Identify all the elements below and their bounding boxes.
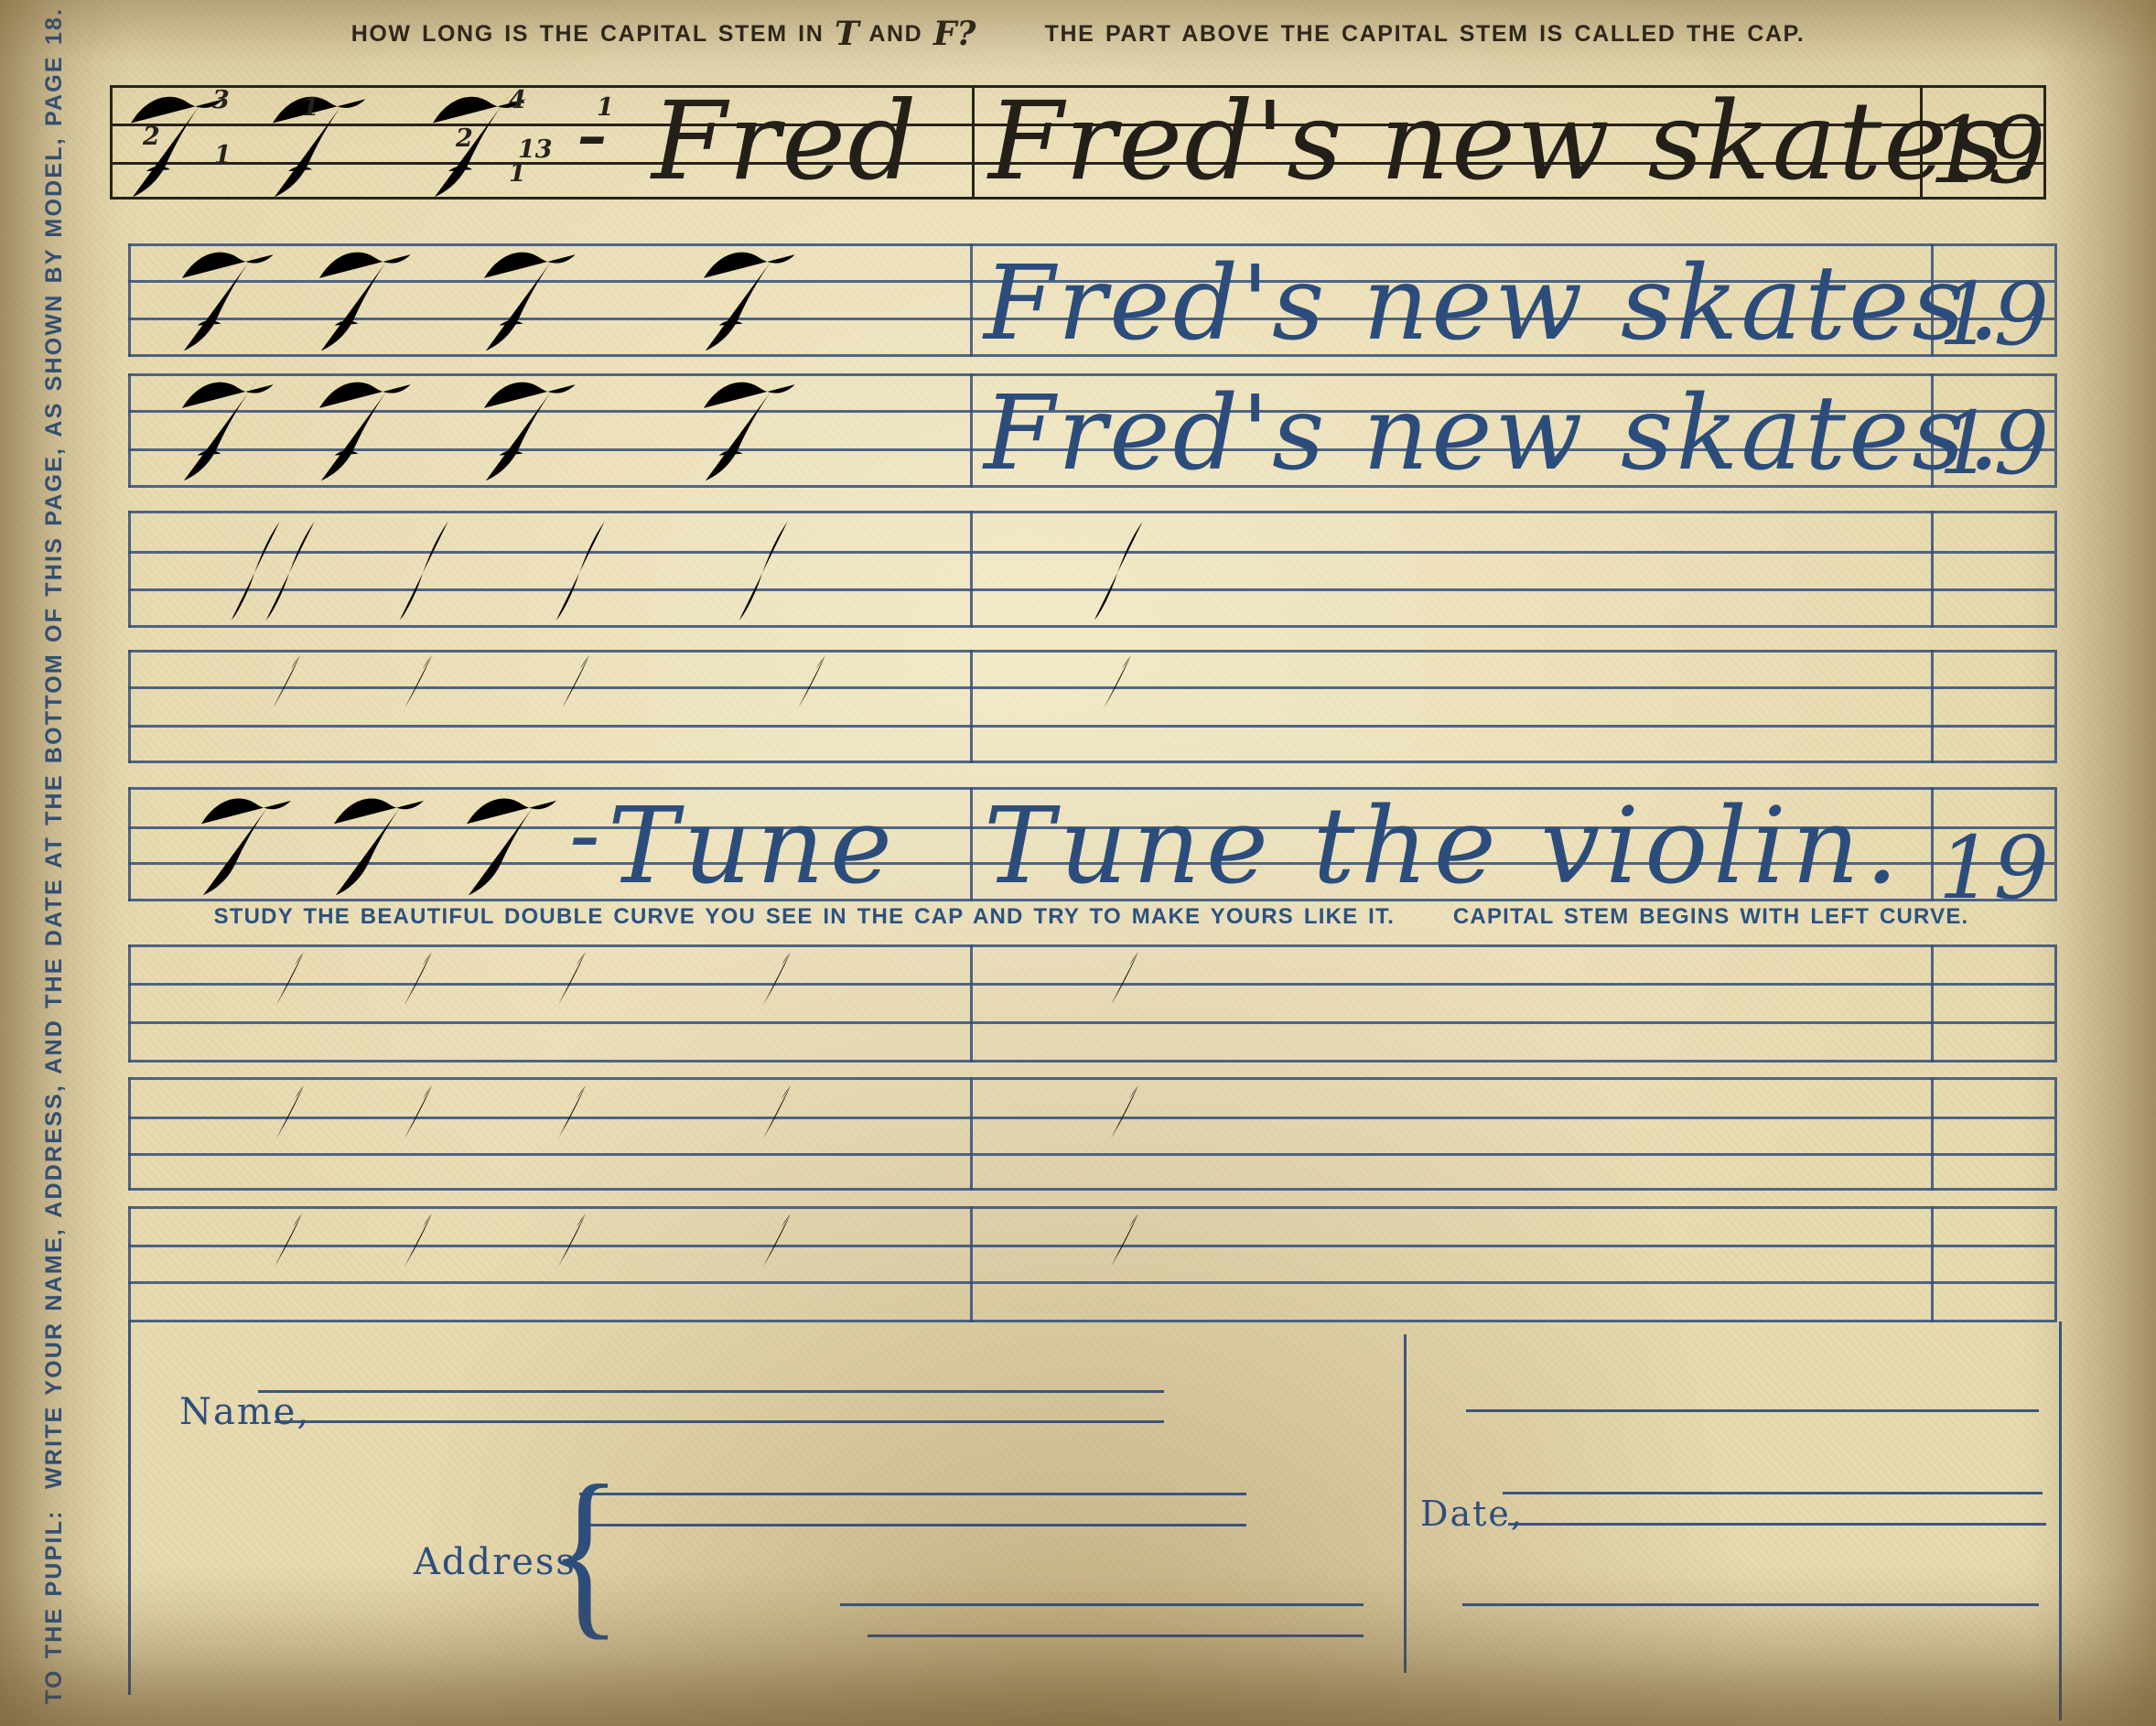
ruled-line xyxy=(128,725,2054,728)
ruled-line xyxy=(2054,1206,2057,1322)
ruled-line xyxy=(2054,511,2057,628)
question-prefix: HOW LONG IS THE CAPITAL STEM IN xyxy=(351,21,825,47)
capital-stem-stroke xyxy=(732,518,796,624)
curve-stroke xyxy=(549,1082,591,1155)
date-write-line xyxy=(1462,1603,2039,1606)
curve-stroke xyxy=(754,1210,796,1283)
stroke-order-number: 1 xyxy=(302,95,319,120)
curve-stroke xyxy=(553,652,595,725)
capital-f-glyph xyxy=(471,374,607,484)
ruled-line xyxy=(2054,650,2057,763)
capital-f-glyph xyxy=(119,89,254,200)
date-write-line xyxy=(1508,1523,2046,1526)
name-write-line xyxy=(258,1390,1164,1393)
question-letter-t: T xyxy=(835,15,859,53)
capital-f-glyph xyxy=(169,374,305,484)
tune-word: Tune xyxy=(608,794,898,900)
curve-stroke xyxy=(754,948,796,1021)
capital-f-glyph xyxy=(307,374,442,484)
curve-stroke xyxy=(395,1210,437,1283)
ruled-line xyxy=(970,511,973,628)
question-conjunction: AND xyxy=(868,21,922,47)
ruled-line xyxy=(970,373,973,488)
address-brace: { xyxy=(549,1457,621,1645)
capital-stem-stroke xyxy=(549,518,613,624)
ruled-line xyxy=(128,243,131,357)
curve-stroke xyxy=(1102,1082,1144,1155)
ruled-line xyxy=(110,85,113,200)
date-label: Date, xyxy=(1420,1496,1524,1531)
ruled-line xyxy=(128,1060,2054,1063)
capital-stem-stroke xyxy=(393,518,457,624)
ruled-line xyxy=(128,1206,131,1322)
model-year: 19 xyxy=(1929,105,2045,197)
ruled-line xyxy=(1931,1077,1934,1191)
ruled-line xyxy=(128,511,2054,513)
curve-stroke xyxy=(754,1082,796,1155)
name-write-line xyxy=(275,1420,1164,1423)
ruled-line xyxy=(128,650,131,763)
ruled-line xyxy=(972,85,975,200)
ruled-line xyxy=(128,511,131,628)
curve-stroke xyxy=(549,1210,591,1283)
curve-stroke xyxy=(265,1210,307,1283)
practice-year: 19 xyxy=(1938,401,2049,488)
ruled-line xyxy=(128,1077,2054,1080)
question-letter-f: F? xyxy=(933,15,976,53)
curve-stroke xyxy=(1094,652,1137,725)
side-note-body: WRITE YOUR NAME, ADDRESS, AND THE DATE A… xyxy=(41,7,67,1489)
address-write-line xyxy=(579,1493,1246,1495)
ruled-line xyxy=(128,625,2054,628)
practice-year: 19 xyxy=(1938,272,2049,359)
ruled-line xyxy=(2054,373,2057,488)
ruled-line xyxy=(970,1206,973,1322)
model-word-fred: Fred xyxy=(652,87,919,195)
ruled-line xyxy=(2054,944,2057,1063)
ruled-line xyxy=(970,243,973,357)
curve-stroke xyxy=(395,948,437,1021)
stroke-order-number: 3 xyxy=(212,88,230,113)
ruled-line xyxy=(2054,1077,2057,1191)
penmanship-worksheet-page: HOW LONG IS THE CAPITAL STEM IN T AND F?… xyxy=(0,0,2156,1726)
ruled-line xyxy=(2054,787,2057,901)
capital-t-glyph xyxy=(320,791,456,899)
curve-stroke xyxy=(267,1082,309,1155)
stroke-order-number: 1 xyxy=(214,143,232,167)
practice-sentence: Fred's new skates. xyxy=(984,253,2002,355)
curve-stroke xyxy=(1102,1210,1144,1283)
curve-stroke xyxy=(264,652,306,725)
capital-t-glyph xyxy=(453,791,588,899)
tune-sentence: Tune the violin. xyxy=(984,794,1904,900)
ruled-line xyxy=(970,944,973,1063)
curve-stroke xyxy=(267,948,309,1021)
stroke-order-number: 2 xyxy=(143,124,160,149)
capital-f-glyph xyxy=(261,89,396,200)
curve-stroke xyxy=(1102,948,1144,1021)
curve-stroke xyxy=(789,652,831,725)
capital-f-glyph xyxy=(691,244,826,354)
header-question: HOW LONG IS THE CAPITAL STEM IN T AND F?… xyxy=(0,15,2156,53)
ruled-line xyxy=(128,1188,2054,1191)
ruled-line xyxy=(1931,650,1934,763)
ruled-line xyxy=(1931,511,1934,628)
footer-left-rule xyxy=(128,1321,131,1695)
side-note-lead: TO THE PUPIL: xyxy=(41,1509,67,1704)
mid-instruction: STUDY THE BEAUTIFUL DOUBLE CURVE YOU SEE… xyxy=(128,904,2054,930)
capital-t-glyph xyxy=(188,791,323,899)
ruled-line xyxy=(128,944,131,1063)
footer-separator-rule xyxy=(1404,1334,1407,1673)
ruled-line xyxy=(128,1077,131,1191)
capital-stem-stroke xyxy=(259,518,323,624)
address-write-line xyxy=(868,1634,1364,1637)
date-write-line xyxy=(1503,1492,2043,1494)
ruled-line xyxy=(970,787,973,901)
capital-f-glyph xyxy=(691,374,826,484)
capital-f-glyph xyxy=(169,244,305,354)
address-write-line xyxy=(840,1603,1364,1606)
stroke-order-number: 1 xyxy=(597,95,614,120)
practice-sentence: Fred's new skates. xyxy=(984,383,2002,485)
ruled-line xyxy=(128,787,131,901)
curve-stroke xyxy=(549,948,591,1021)
ruled-line xyxy=(970,650,973,763)
ruled-line xyxy=(1931,944,1934,1063)
ruled-line xyxy=(1931,1206,1934,1322)
ruled-line xyxy=(128,1021,2054,1024)
ruled-line xyxy=(128,1206,2054,1209)
tune-dash: - xyxy=(569,789,600,880)
capital-f-glyph xyxy=(307,244,442,354)
ruled-line xyxy=(128,944,2054,947)
model-sentence: Fred's new skates. xyxy=(988,87,2043,195)
stroke-order-number: 2 xyxy=(456,126,473,151)
ruled-line xyxy=(1931,787,1934,901)
capital-f-glyph xyxy=(471,244,607,354)
date-write-line xyxy=(1466,1409,2039,1412)
ruled-line xyxy=(128,761,2054,763)
capital-stem-stroke xyxy=(1087,518,1151,624)
stroke-order-number: 4 xyxy=(509,88,526,113)
address-write-line xyxy=(581,1524,1246,1526)
practice-year: 19 xyxy=(1938,825,2049,912)
ruled-line xyxy=(970,1077,973,1191)
mid-instruction-sentence2: CAPITAL STEM BEGINS WITH LEFT CURVE. xyxy=(1453,904,1969,929)
side-note-to-pupil: TO THE PUPIL: WRITE YOUR NAME, ADDRESS, … xyxy=(40,265,82,1704)
ruled-line xyxy=(2054,243,2057,357)
stroke-order-number: 13 xyxy=(518,137,553,162)
name-label: Name, xyxy=(179,1394,310,1430)
mid-instruction-sentence1: STUDY THE BEAUTIFUL DOUBLE CURVE YOU SEE… xyxy=(214,904,1396,929)
ruled-line xyxy=(128,1320,2054,1322)
curve-stroke xyxy=(395,1082,437,1155)
header-statement: THE PART ABOVE THE CAPITAL STEM IS CALLE… xyxy=(1045,21,1806,47)
stroke-order-number: 1 xyxy=(509,161,526,186)
curve-stroke xyxy=(395,652,437,725)
ruled-line xyxy=(128,373,131,488)
footer-right-rule xyxy=(2059,1321,2062,1721)
